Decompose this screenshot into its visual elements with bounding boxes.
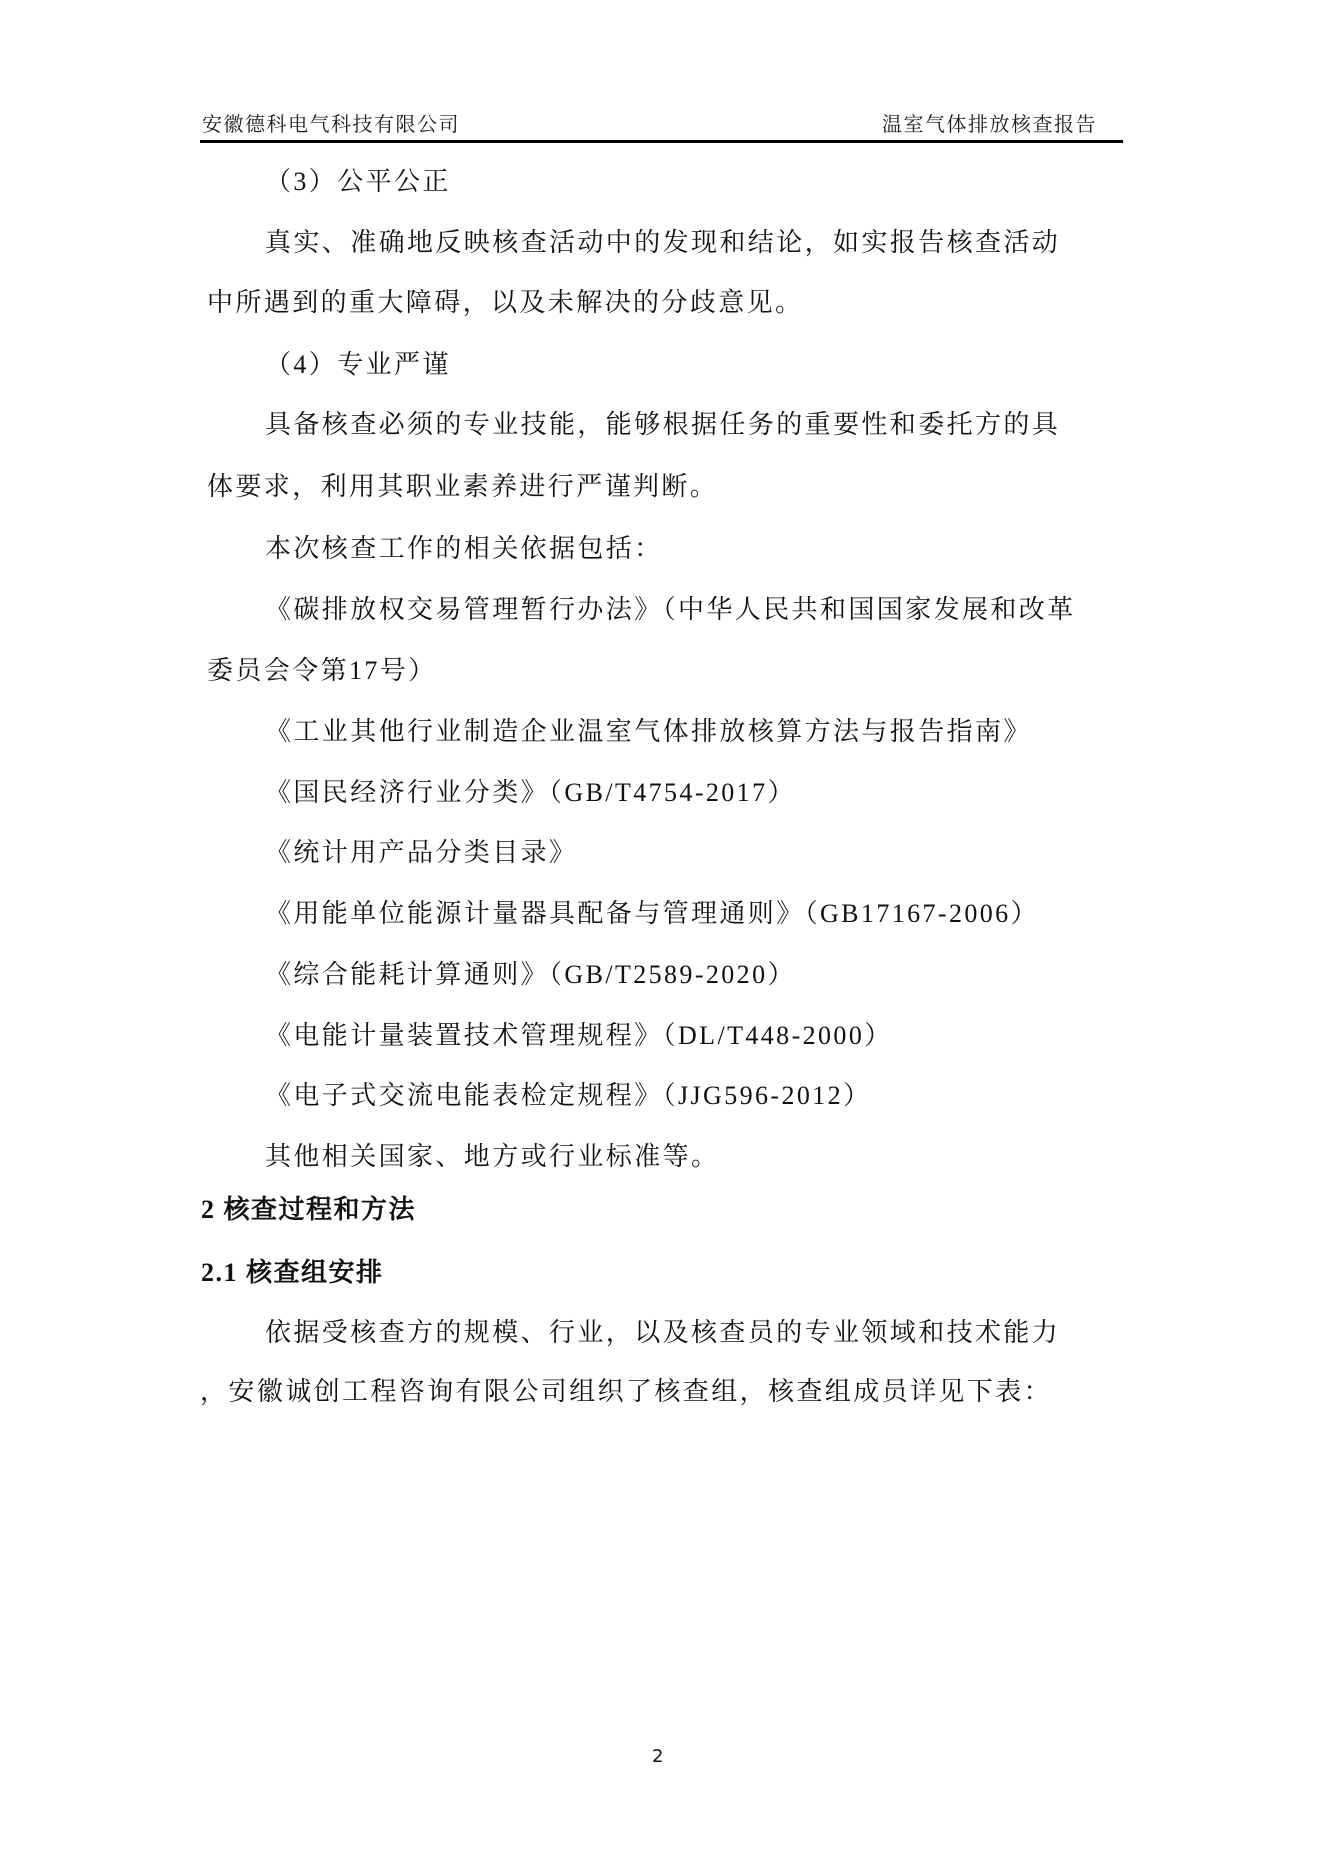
reference-item: 《工业其他行业制造企业温室气体排放核算方法与报告指南》	[265, 715, 1195, 749]
paragraph-line: 中所遇到的重大障碍，以及未解决的分歧意见。	[207, 286, 1137, 320]
reference-item: 《电能计量装置技术管理规程》（DL/T448-2000）	[265, 1019, 1195, 1053]
list-item-heading-rigor: （4）专业严谨	[265, 348, 1195, 382]
reference-item-continuation: 委员会令第17号）	[207, 654, 1137, 688]
reference-item: 《用能单位能源计量器具配备与管理通则》（GB17167-2006）	[265, 897, 1195, 931]
section-heading: 2 核查过程和方法	[201, 1193, 1131, 1227]
paragraph-line: 体要求，利用其职业素养进行严谨判断。	[207, 470, 1137, 504]
header-company-name: 安徽德科电气科技有限公司	[202, 112, 460, 138]
paragraph-line: ，安徽诚创工程咨询有限公司组织了核查组，核查组成员详见下表：	[200, 1375, 1130, 1409]
reference-item: 《综合能耗计算通则》（GB/T2589-2020）	[265, 958, 1195, 992]
paragraph-line: 其他相关国家、地方或行业标准等。	[265, 1140, 1195, 1174]
header-report-title: 温室气体排放核查报告	[882, 112, 1097, 138]
paragraph-line: 具备核查必须的专业技能，能够根据任务的重要性和委托方的具	[265, 408, 1195, 442]
reference-item: 《电子式交流电能表检定规程》（JJG596-2012）	[265, 1079, 1195, 1113]
header-rule	[200, 140, 1123, 143]
paragraph-line: 依据受核查方的规模、行业，以及核查员的专业领域和技术能力	[265, 1316, 1195, 1350]
paragraph-line: 本次核查工作的相关依据包括：	[265, 532, 1195, 566]
paragraph-line: 真实、准确地反映核查活动中的发现和结论，如实报告核查活动	[265, 226, 1195, 260]
page-number: 2	[652, 1746, 663, 1768]
subsection-heading: 2.1 核查组安排	[201, 1256, 1131, 1290]
reference-item: 《统计用产品分类目录》	[265, 836, 1195, 870]
list-item-heading-fairness: （3）公平公正	[265, 165, 1195, 199]
reference-item: 《国民经济行业分类》（GB/T4754-2017）	[265, 776, 1195, 810]
reference-item: 《碳排放权交易管理暂行办法》（中华人民共和国国家发展和改革	[265, 593, 1195, 627]
